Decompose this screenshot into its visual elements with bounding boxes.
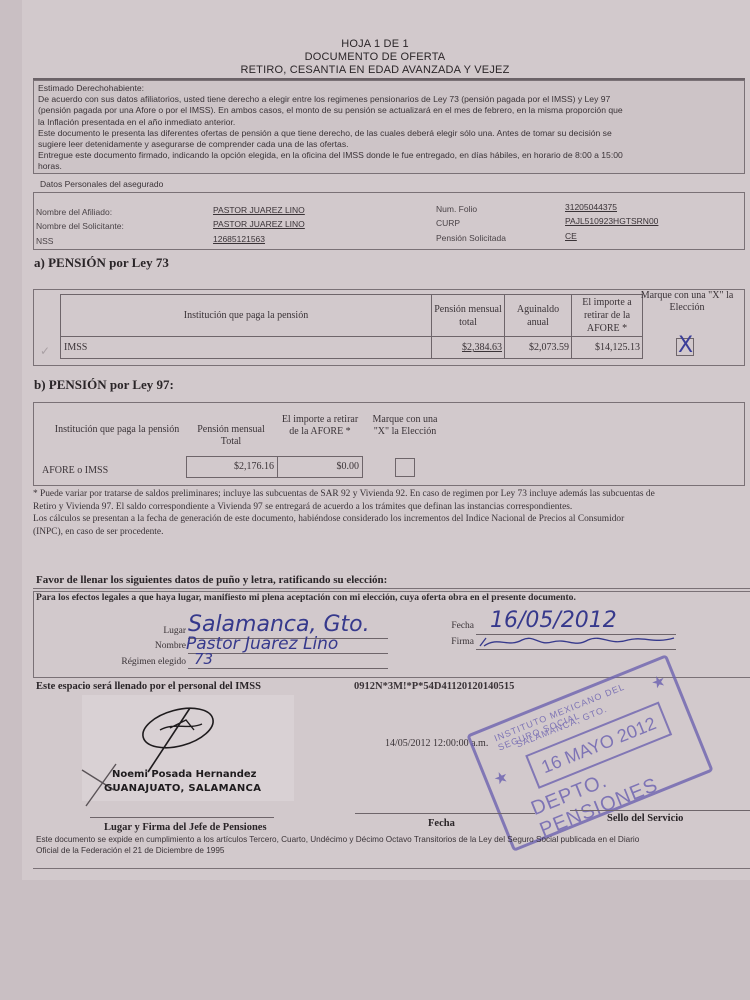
footnote-line: (INPC), en caso de ser procedente. bbox=[33, 526, 748, 539]
legal-line: Este documento se expide en cumplimiento… bbox=[36, 834, 639, 845]
ley73-choice-header: Marque con una "X" la Elección bbox=[632, 290, 742, 314]
ley97-institution: AFORE o IMSS bbox=[42, 465, 108, 477]
signature-line-seal bbox=[570, 810, 750, 811]
ley97-header-afore: El importe a retirar de la AFORE * bbox=[280, 414, 360, 438]
legal-line: Oficial de la Federación el 21 de Diciem… bbox=[36, 845, 639, 856]
divider bbox=[33, 868, 750, 869]
nss-label: NSS bbox=[36, 236, 53, 246]
folio-label: Num. Folio bbox=[436, 204, 477, 214]
check-icon: ✓ bbox=[40, 344, 50, 358]
intro-line: De acuerdo con sus datos afiliatorios, u… bbox=[38, 94, 740, 105]
ley97-header-institution: Institución que paga la pensión bbox=[52, 424, 182, 436]
imss-section-title: Este espacio será llenado por el persona… bbox=[36, 681, 261, 692]
document-header: HOJA 1 DE 1 DOCUMENTO DE OFERTA RETIRO, … bbox=[200, 38, 550, 77]
ley73-afore-value: $14,125.13 bbox=[572, 337, 643, 359]
intro-line: la Inflación presentada en el año inmedi… bbox=[38, 117, 740, 128]
ley73-pension-value: $2,384.63 bbox=[432, 337, 505, 359]
folio-value: 31205044375 bbox=[565, 202, 617, 212]
official-location: GUANAJUATO, SALAMANCA bbox=[104, 783, 261, 794]
intro-line: Este documento le presenta las diferente… bbox=[38, 128, 740, 139]
signature-line-date bbox=[355, 813, 535, 814]
footnote-line: Retiro y Vivienda 97. El saldo correspon… bbox=[33, 501, 748, 514]
ley73-choice-checkbox[interactable]: X bbox=[676, 338, 694, 356]
firma-label: Firma bbox=[430, 637, 474, 647]
ley73-header-aguinaldo: Aguinaldo anual bbox=[505, 295, 572, 337]
curp-label: CURP bbox=[436, 218, 460, 228]
nombre-label: Nombre bbox=[120, 641, 186, 651]
date-label: Fecha bbox=[428, 818, 455, 829]
official-signature-icon bbox=[130, 700, 250, 780]
regimen-label: Régimen elegido bbox=[100, 657, 186, 667]
seal-label: Sello del Servicio bbox=[607, 813, 683, 824]
footnote-line: Los cálculos se presentan a la fecha de … bbox=[33, 513, 748, 526]
personal-section-label: Datos Personales del asegurado bbox=[40, 179, 163, 189]
ley73-institution: IMSS bbox=[61, 337, 432, 359]
ley73-choice-mark: X bbox=[678, 333, 693, 359]
page-number: HOJA 1 DE 1 bbox=[200, 38, 550, 51]
official-name: Noemi Posada Hernandez bbox=[112, 769, 256, 780]
legal-notice: Este documento se expide en cumplimiento… bbox=[36, 834, 639, 856]
ley97-choice-checkbox[interactable] bbox=[395, 458, 415, 477]
intro-notice: Estimado Derechohabiente: De acuerdo con… bbox=[33, 80, 745, 174]
applicant-name-value: PASTOR JUAREZ LINO bbox=[213, 219, 305, 229]
ley73-aguinaldo-value: $2,073.59 bbox=[505, 337, 572, 359]
ley73-table: Institución que paga la pensión Pensión … bbox=[60, 294, 643, 359]
regimen-field[interactable]: 73 bbox=[194, 650, 213, 668]
intro-line: horas. bbox=[38, 161, 740, 172]
ratify-statement: Para los efectos legales a que haya luga… bbox=[36, 592, 576, 603]
footnote-line: * Puede variar por tratarse de saldos pr… bbox=[33, 488, 748, 501]
intro-line: sugiere leer detenidamente y asegurarse … bbox=[38, 139, 740, 150]
intro-line: Estimado Derechohabiente: bbox=[38, 83, 740, 94]
nss-value: 12685121563 bbox=[213, 234, 265, 244]
applicant-name-label: Nombre del Solicitante: bbox=[36, 221, 124, 231]
divider bbox=[33, 588, 750, 589]
ley73-title: a) PENSIÓN por Ley 73 bbox=[34, 255, 169, 271]
pension-requested-value: CE bbox=[565, 231, 577, 241]
intro-line: Entregue este documento firmado, indican… bbox=[38, 150, 740, 161]
intro-line: (pensión pagada por una Afore o por el I… bbox=[38, 105, 740, 116]
curp-value: PAJL510923HGTSRN00 bbox=[565, 216, 658, 226]
document-subject: RETIRO, CESANTIA EN EDAD AVANZADA Y VEJE… bbox=[200, 64, 550, 77]
ley97-header-pension: Pensión mensual Total bbox=[187, 424, 275, 448]
chief-signature-label: Lugar y Firma del Jefe de Pensiones bbox=[104, 822, 267, 833]
ley97-afore-value: $0.00 bbox=[277, 456, 363, 478]
ley73-header-institution: Institución que paga la pensión bbox=[61, 295, 432, 337]
fecha-label: Fecha bbox=[430, 621, 474, 631]
ley97-header-choice: Marque con una "X" la Elección bbox=[368, 414, 442, 438]
footnote: * Puede variar por tratarse de saldos pr… bbox=[33, 488, 748, 538]
ley73-header-pension: Pensión mensual total bbox=[432, 295, 505, 337]
lugar-label: Lugar bbox=[120, 626, 186, 636]
ley97-pension-value: $2,176.16 bbox=[186, 456, 278, 478]
pension-requested-label: Pensión Solicitada bbox=[436, 233, 506, 243]
ratify-title: Favor de llenar los siguientes datos de … bbox=[36, 574, 387, 586]
signature-line-chief bbox=[90, 817, 274, 818]
affiliate-name-label: Nombre del Afiliado: bbox=[36, 207, 112, 217]
document-type: DOCUMENTO DE OFERTA bbox=[200, 51, 550, 64]
affiliate-name-value: PASTOR JUAREZ LINO bbox=[213, 205, 305, 215]
document-code: 0912N*3M!*P*54D41120120140515 bbox=[354, 681, 514, 692]
star-icon: ★ bbox=[491, 766, 512, 790]
ley97-title: b) PENSIÓN por Ley 97: bbox=[34, 377, 174, 393]
signature-icon[interactable] bbox=[478, 628, 678, 654]
regimen-line bbox=[188, 668, 388, 669]
